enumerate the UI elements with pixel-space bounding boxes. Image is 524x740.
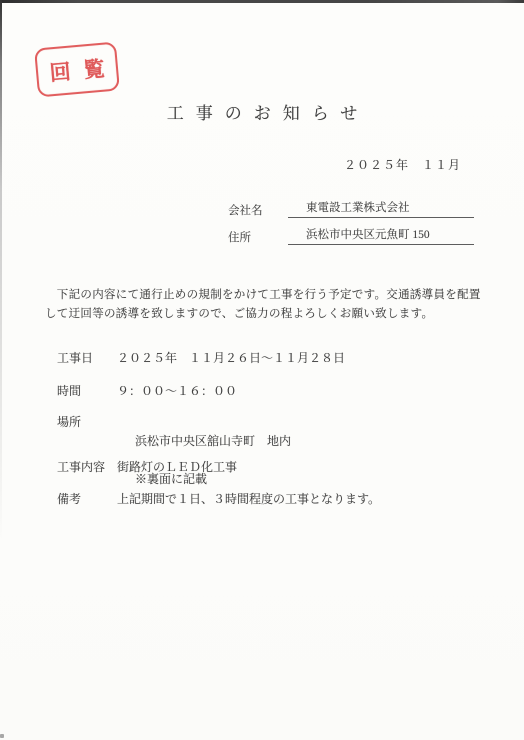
detail-label: 備考: [57, 490, 117, 509]
detail-value: ２０２５年 １１月２６日～１１月２８日: [117, 349, 345, 368]
address-row: 住所 浜松市中央区元魚町 150: [228, 226, 474, 245]
scan-speck: [0, 734, 4, 738]
circulation-stamp-text: 回覧: [35, 51, 118, 88]
address-label: 住所: [228, 229, 288, 245]
detail-label: 工事内容: [57, 458, 117, 477]
notice-paragraph: 下記の内容にて通行止めの規制をかけて工事を行う予定です。交通誘導員を配置して迂回…: [45, 286, 482, 324]
scan-edge-left: [0, 0, 2, 540]
detail-value: 街路灯のＬＥＤ化工事: [117, 458, 237, 477]
circulation-stamp: 回覧: [34, 42, 120, 98]
document-title: 工事のお知らせ: [0, 99, 524, 124]
address-value: 浜松市中央区元魚町 150: [288, 226, 474, 245]
company-name-label: 会社名: [228, 202, 288, 218]
detail-row-work-content: 工事内容 街路灯のＬＥＤ化工事: [57, 458, 237, 477]
detail-value: 上記期間で１日、３時間程度の工事となります。: [117, 490, 380, 509]
document-page: 回覧 工事のお知らせ ２０２５年 １１月 会社名 東電設工業株式会社 住所 浜松…: [0, 0, 524, 740]
detail-value: ９：００～１６：００: [117, 382, 237, 401]
detail-row-time: 時間 ９：００～１６：００: [57, 382, 237, 401]
detail-label: 工事日: [57, 349, 117, 368]
detail-row-construction-date: 工事日 ２０２５年 １１月２６日～１１月２８日: [57, 349, 345, 368]
detail-row-note: 備考 上記期間で１日、３時間程度の工事となります。: [57, 490, 380, 509]
scan-edge-top: [0, 0, 524, 3]
company-name-value: 東電設工業株式会社: [288, 199, 474, 218]
issue-date: ２０２５年 １１月: [344, 156, 461, 173]
detail-label: 時間: [57, 382, 117, 401]
detail-value-line1: 浜松市中央区舘山寺町 地内: [135, 434, 291, 448]
company-row: 会社名 東電設工業株式会社: [228, 199, 474, 218]
